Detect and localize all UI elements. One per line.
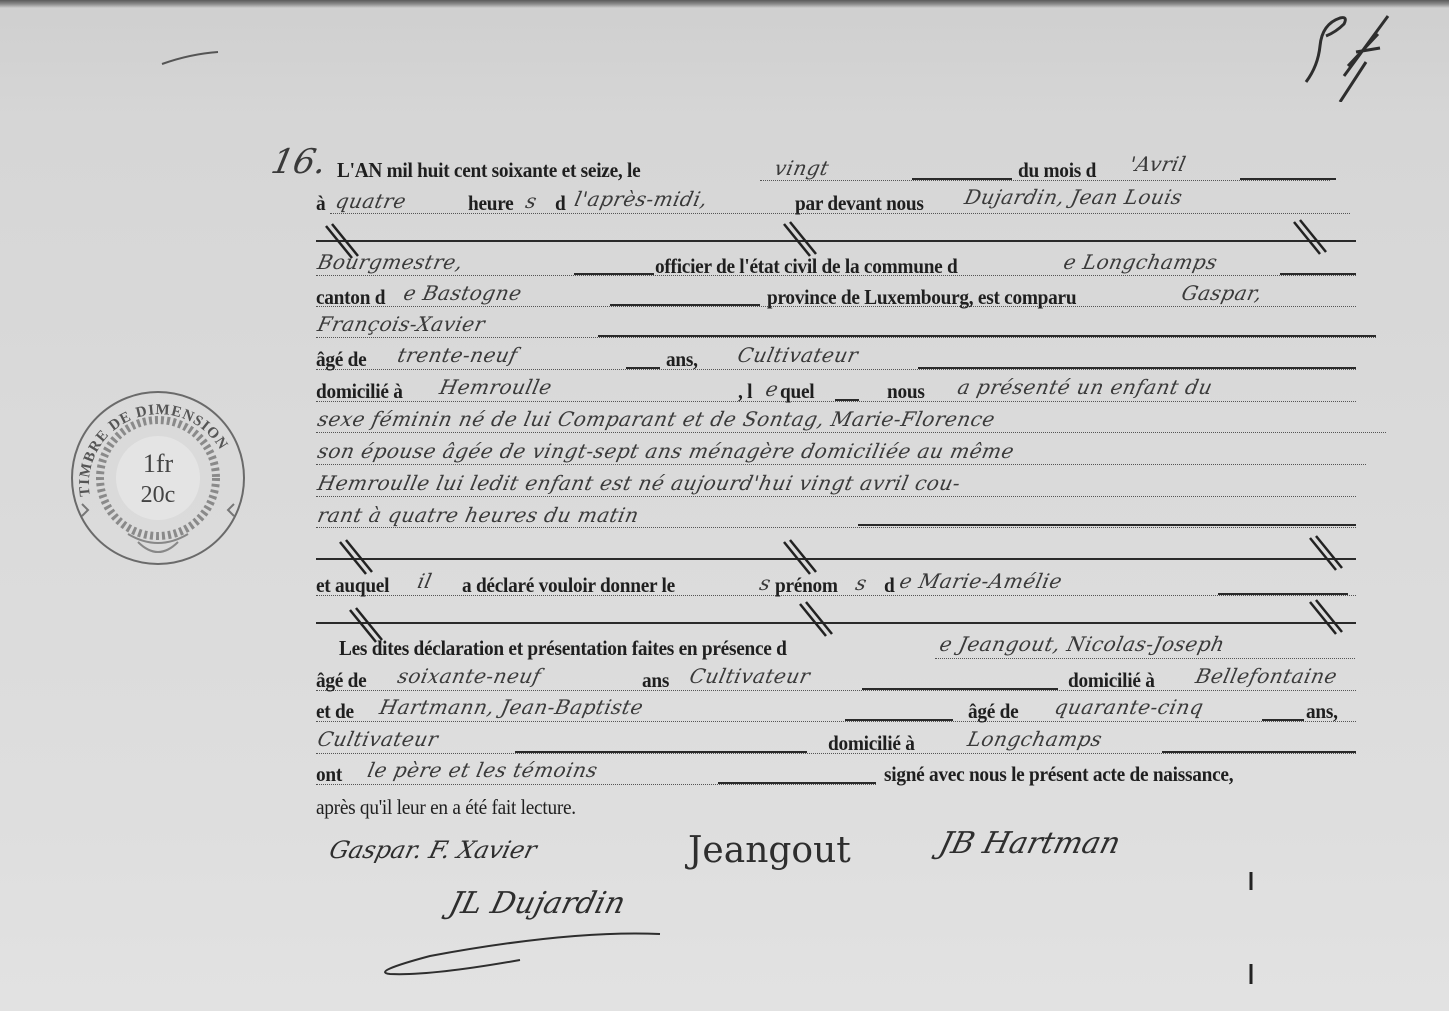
declarer-pronoun-field: il (415, 569, 434, 593)
line-firstname-text-d: d (884, 573, 894, 598)
document-page: 16. TIMBRE DE DIMENSION 1fr 20c L'AN mil… (0, 0, 1449, 1011)
witness2-occupation-field: Cultivateur (315, 727, 440, 751)
strike-mark-icon (336, 538, 376, 578)
witness2-age-field: quarante-cinq (1052, 695, 1205, 719)
witness2-intro-label: et de (316, 699, 354, 724)
witness1-name-field: e Jeangout, Nicolas-Joseph (937, 632, 1227, 656)
prenom-plural-field-2: s (853, 571, 869, 595)
line8-hand-e: e (763, 377, 780, 401)
strike-mark-icon (1306, 534, 1346, 574)
commune-field: e Longchamps (1061, 250, 1219, 274)
declarant-surname-field: Gaspar, (1179, 281, 1264, 305)
line1-text-a: L'AN mil huit cent soixante et seize, le (337, 158, 640, 183)
signature-witness1: Jeangout (688, 830, 851, 871)
witness1-age-field: soixante-neuf (395, 664, 543, 688)
line2-text-d: par devant nous (795, 191, 924, 216)
body-line-2: son épouse âgée de vingt-sept ans ménagè… (315, 439, 1016, 463)
strike-mark-icon (1306, 598, 1346, 638)
line2-text-b: heure (468, 191, 513, 216)
page-top-edge (0, 0, 1449, 8)
time-of-day-field: l'après-midi, (572, 187, 710, 211)
declarant-firstname-field: François-Xavier (315, 312, 487, 336)
stamp-value-centimes: 20c (141, 482, 176, 508)
line5-text-a: canton d (316, 285, 385, 310)
body-line-4: rant à quatre heures du matin (315, 503, 641, 527)
signature-declarant: Gaspar. F. Xavier (327, 836, 540, 864)
signed-intro-label: ont (316, 762, 342, 787)
declarant-occupation-field: Cultivateur (735, 343, 860, 367)
line2-text-a: à (316, 191, 325, 216)
declarant-domicile-field: Hemroulle (437, 375, 554, 399)
line7-text-a: âgé de (316, 347, 366, 372)
hour-plural-field: s (523, 189, 539, 213)
strike-mark-icon (1290, 218, 1330, 258)
signature-witness2: JB Hartman (936, 826, 1124, 861)
prenom-plural-field-1: s (757, 571, 773, 595)
witness2-name-field: Hartmann, Jean-Baptiste (377, 695, 645, 719)
officer-title-field: Bourgmestre, (315, 250, 465, 274)
body-line-3: Hemroulle lui ledit enfant est né aujour… (315, 471, 962, 495)
witness2-age-label: âgé de (968, 699, 1018, 724)
witness1-age-label: âgé de (316, 668, 366, 693)
witness1-domicile-label: domicilié à (1068, 668, 1155, 693)
presentation-field: a présenté un enfant du (955, 375, 1214, 399)
closing-text: après qu'il leur en a été fait lecture. (316, 795, 576, 820)
line8-text-a: domicilié à (316, 379, 403, 404)
line8-text-c: quel (780, 379, 814, 404)
margin-marks-icon (1246, 868, 1256, 988)
stamp-value-francs: 1fr (143, 449, 174, 478)
tax-stamp: TIMBRE DE DIMENSION 1fr 20c (68, 384, 248, 570)
strike-mark-icon (780, 538, 820, 578)
witness1-ans-label: ans (642, 668, 669, 693)
line8-text-b: , l (738, 379, 752, 404)
signed-statement-text: signé avec nous le présent acte de naiss… (884, 762, 1233, 787)
declarant-age-field: trente-neuf (395, 343, 520, 367)
witness1-domicile-field: Bellefontaine (1193, 664, 1339, 688)
witness2-domicile-label: domicilié à (828, 731, 915, 756)
witness2-domicile-field: Longchamps (965, 727, 1104, 751)
child-firstname-field: e Marie-Amélie (897, 569, 1064, 593)
line-firstname-text-b: a déclaré vouloir donner le (462, 573, 675, 598)
line-firstname-text-c: prénom (775, 573, 838, 598)
pencil-mark-icon (160, 48, 230, 68)
line8-text-d: nous (887, 379, 925, 404)
signature-officer: JL Dujardin (446, 886, 629, 921)
witness1-occupation-field: Cultivateur (687, 664, 812, 688)
line4-text-a: officier de l'état civil de la commune d (655, 254, 957, 279)
corner-annotation-icon (1296, 6, 1396, 102)
witness2-ans-label: ans, (1306, 699, 1338, 724)
signature-flourish-icon (370, 920, 670, 980)
witness-intro-text: Les dites déclaration et présentation fa… (339, 636, 787, 661)
birth-month-field: 'Avril (1127, 152, 1188, 176)
birth-day-field: vingt (772, 156, 831, 180)
line2-text-c: d (555, 191, 565, 216)
entry-number: 16. (268, 142, 331, 182)
line5-text-b: province de Luxembourg, est comparu (767, 285, 1076, 310)
officer-name-field: Dujardin, Jean Louis (962, 185, 1184, 209)
hour-field: quatre (333, 189, 408, 213)
canton-field: e Bastogne (401, 281, 524, 305)
line1-text-b: du mois d (1018, 158, 1096, 183)
line7-text-b: ans, (666, 347, 698, 372)
signatories-field: le père et les témoins (365, 758, 600, 782)
line-firstname-text-a: et auquel (316, 573, 389, 598)
body-line-1: sexe féminin né de lui Comparant et de S… (315, 407, 997, 431)
strike-mark-icon (796, 600, 836, 640)
